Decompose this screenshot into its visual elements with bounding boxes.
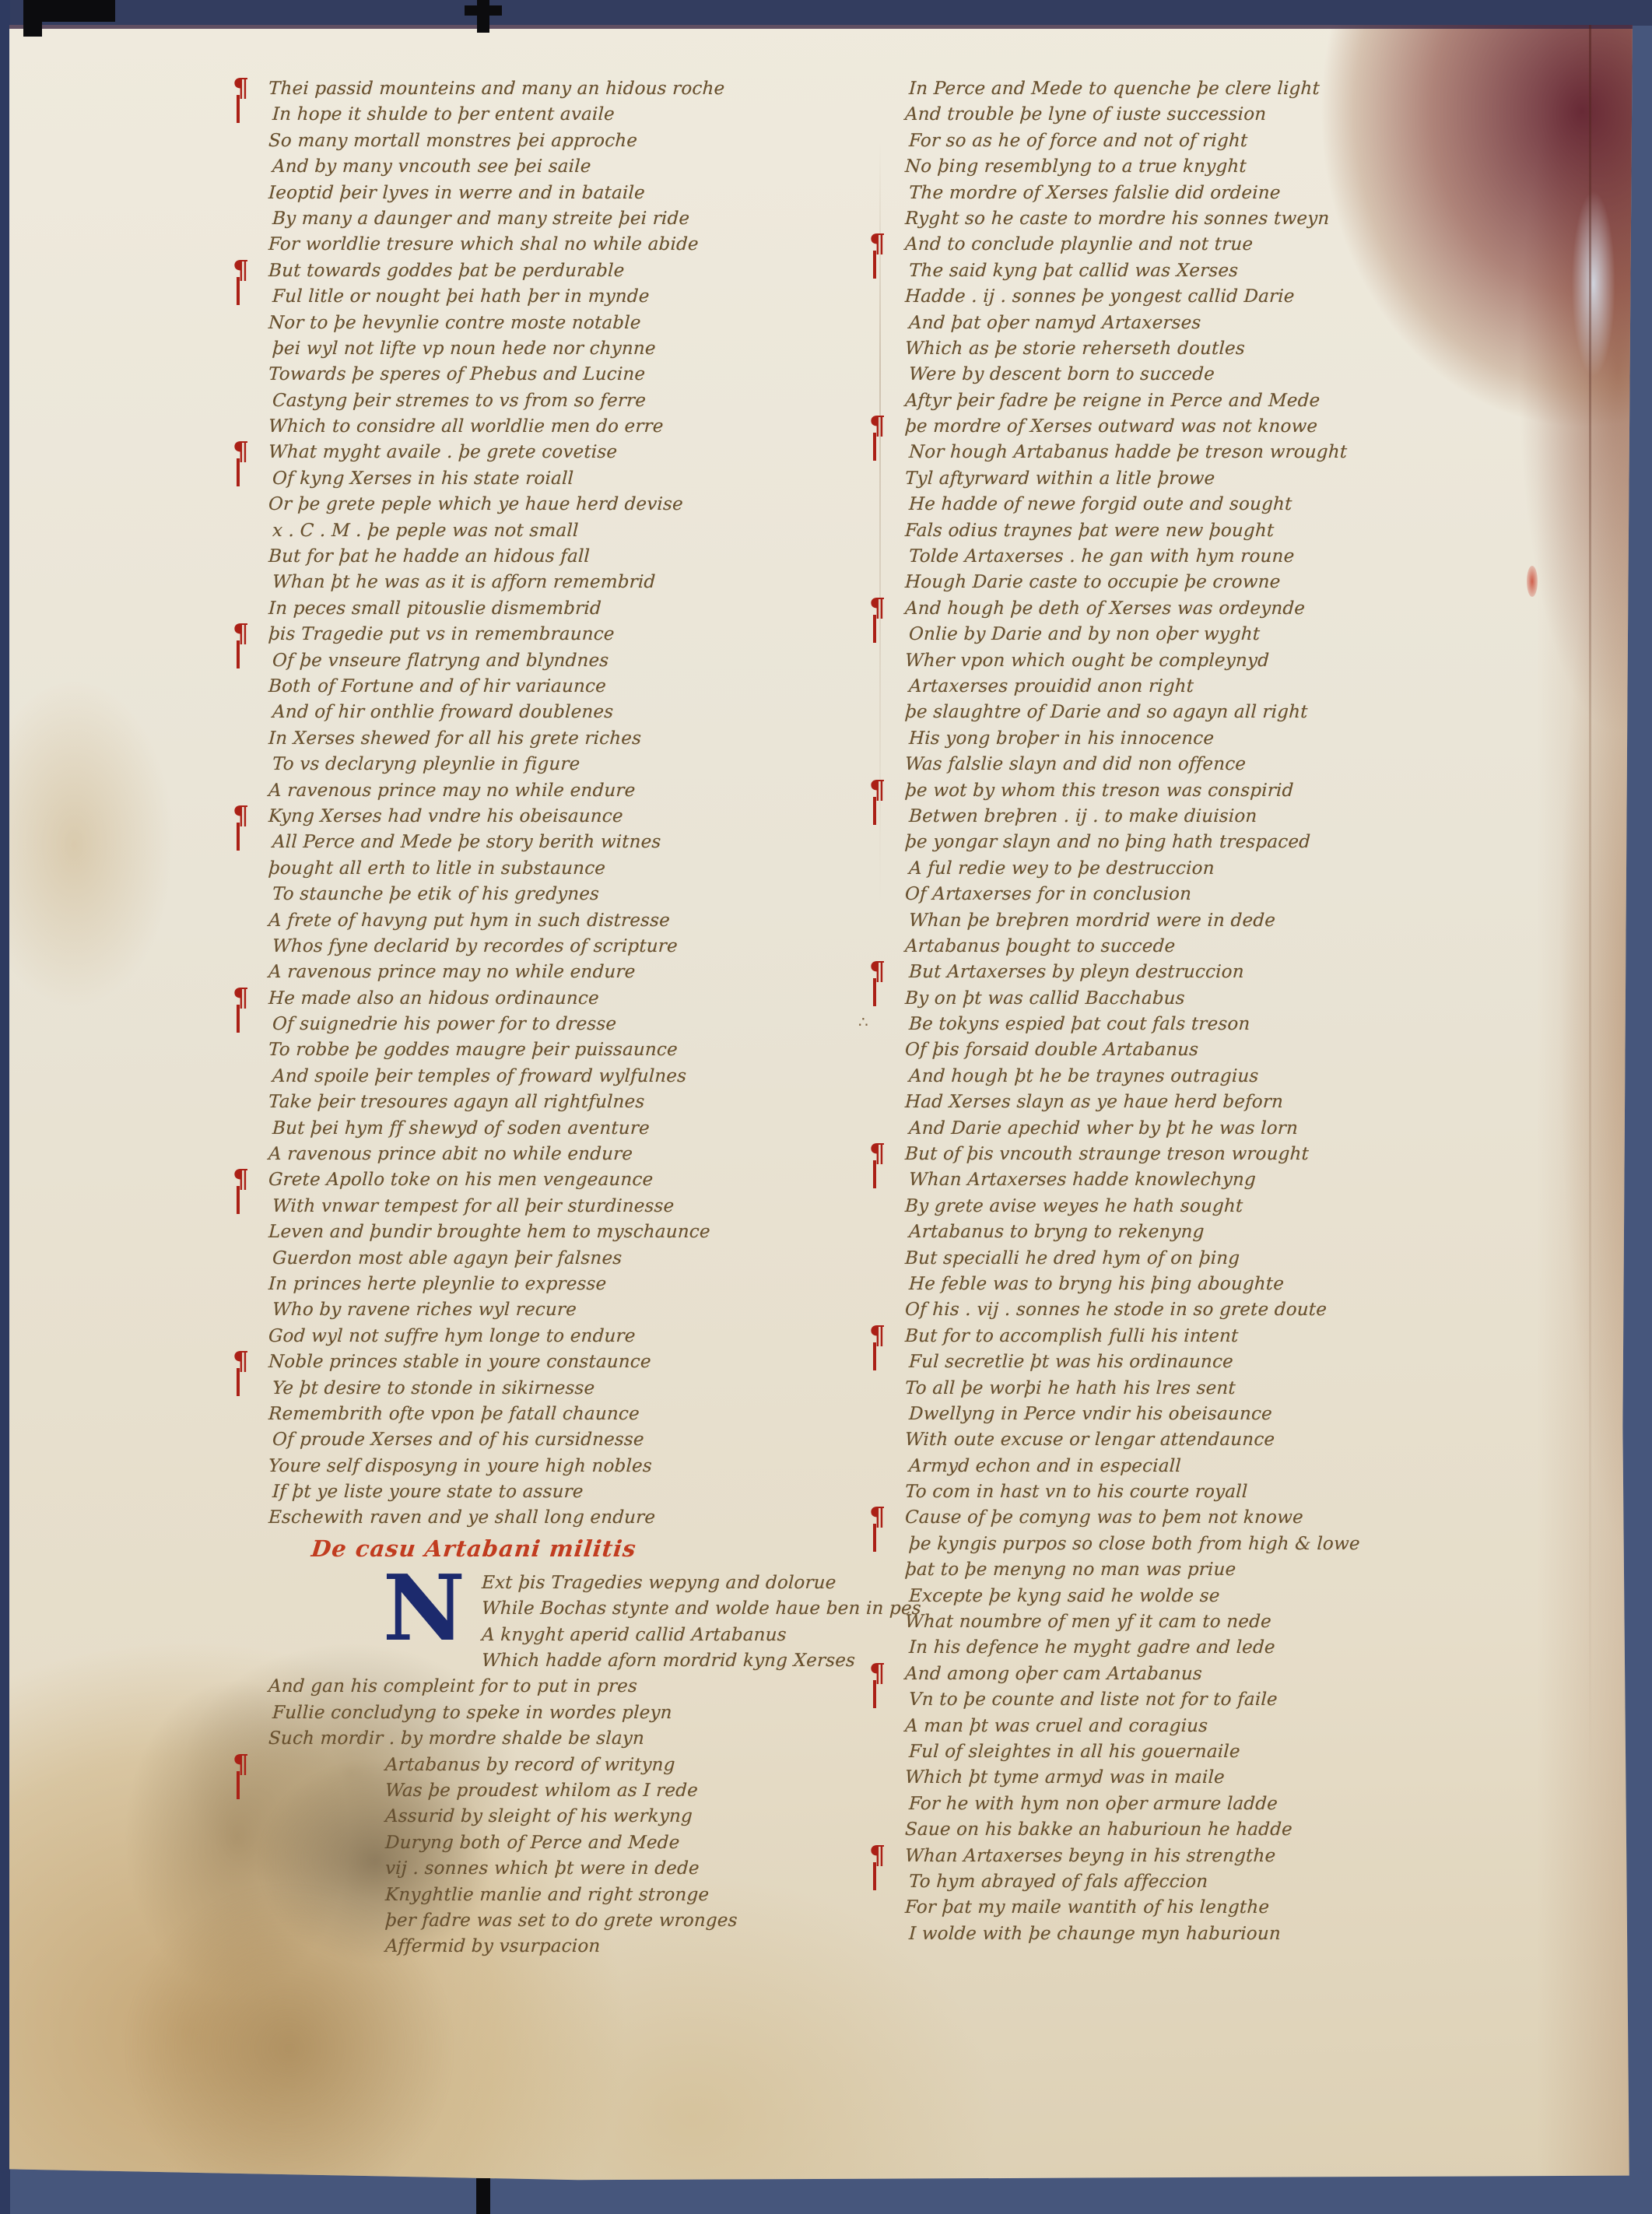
verse-line: God wyl not suffre hym longe to endure	[268, 1324, 891, 1349]
verse-line: But towards goddes þat be perdurable	[268, 258, 891, 284]
verse-line: Artabanus to bryng to rekenyng	[904, 1219, 1613, 1245]
verse-line: þought all erth to litle in substaunce	[268, 856, 891, 882]
verse-line: A ful redie wey to þe destruccion	[904, 856, 1613, 882]
verse-line: Of þis forsaid double Artabanus	[904, 1037, 1613, 1063]
verse-stanza: ¶Cause of þe comyng was to þem not knowe…	[905, 1505, 1613, 1661]
verse-stanza: ¶But of þis vncouth straunge treson wrou…	[905, 1142, 1613, 1324]
verse-line: Of þe vnseure flatryng and blyndnes	[268, 648, 891, 674]
verse-line: Guerdon most able agayn þeir falsnes	[268, 1246, 891, 1272]
backdrop-left-band	[0, 0, 10, 2214]
verse-line: For he with hym non oþer armure ladde	[904, 1791, 1613, 1817]
verse-line: A ravenous prince may no while endure	[268, 778, 891, 804]
pilcrow-mark-icon: ¶	[869, 1660, 886, 1686]
verse-line: For þat my maile wantith of his lengthe	[904, 1895, 1613, 1921]
verse-line: To robbe þe goddes maugre þeir puissaunc…	[268, 1037, 891, 1063]
verse-line: Were by descent born to succede	[904, 362, 1613, 388]
pilcrow-mark-icon: ¶	[233, 1751, 249, 1777]
pilcrow-mark-icon: ¶	[233, 984, 249, 1010]
verse-line: Ryght so he caste to mordre his sonnes t…	[904, 206, 1613, 232]
verse-line: And gan his compleint for to put in pres	[268, 1674, 891, 1700]
pilcrow-mark-icon: ¶	[869, 1322, 886, 1348]
verse-stanza: ¶Grete Apollo toke on his men vengeaunce…	[268, 1167, 891, 1349]
pilcrow-mark-icon: ¶	[869, 958, 886, 984]
pilcrow-mark-icon: ¶	[233, 1166, 249, 1191]
verse-stanza: ¶Kyng Xerses had vndre his obeisaunceAll…	[268, 804, 891, 986]
verse-line: Such mordir . by mordre shalde be slayn	[268, 1726, 891, 1752]
pilcrow-mark-icon: ¶	[869, 1503, 886, 1529]
verse-line: All Perce and Mede þe story berith witne…	[268, 830, 891, 855]
verse-line: Saue on his bakke an haburioun he hadde	[904, 1817, 1613, 1843]
verse-line: But for to accomplish fulli his intent	[904, 1324, 1613, 1349]
verse-line: Ext þis Tragedies wepyng and dolorue	[268, 1570, 891, 1596]
verse-line: In Xerses shewed for all his grete riche…	[268, 726, 891, 752]
verse-line: Be tokyns espied þat cout fals treson	[904, 1012, 1613, 1037]
verse-line: Cause of þe comyng was to þem not knowe	[904, 1505, 1613, 1531]
verse-line: Leven and þundir broughte hem to myschau…	[268, 1219, 891, 1245]
verse-line: Whos fyne declarid by recordes of script…	[268, 934, 891, 960]
verse-line: þe mordre of Xerses outward was not know…	[904, 414, 1613, 440]
verse-line: The mordre of Xerses falslie did ordeine	[904, 181, 1613, 206]
verse-line: Ful of sleightes in all his gouernaile	[904, 1739, 1613, 1765]
verse-line: Towards þe speres of Phebus and Lucine	[268, 362, 891, 388]
verse-line: Fals odius traynes þat were new þought	[904, 518, 1613, 544]
pilcrow-mark-icon: ¶	[869, 777, 886, 802]
verse-line: And hough þe deth of Xerses was ordeynde	[904, 596, 1613, 622]
pilcrow-mark-icon: ¶	[233, 438, 249, 464]
verse-stanza: ¶Whan Artaxerses beyng in his strengtheT…	[905, 1844, 1613, 1948]
verse-stanza: ¶And to conclude playnlie and not trueTh…	[905, 232, 1613, 414]
verse-line: þe kyngis purpos so close both from high…	[904, 1532, 1613, 1557]
verse-line: No þing resemblyng to a true knyght	[904, 154, 1613, 180]
verse-line: Ieoptid þeir lyves in werre and in batai…	[268, 181, 891, 206]
verse-line: If þt ye liste youre state to assure	[268, 1479, 891, 1505]
verse-stanza: ¶And hough þe deth of Xerses was ordeynd…	[905, 596, 1613, 778]
verse-line: By grete avise weyes he hath sought	[904, 1194, 1613, 1219]
red-pigment-spot	[1527, 566, 1538, 597]
verse-line: Thei passid mounteins and many an hidous…	[268, 76, 891, 102]
verse-line: With oute excuse or lengar attendaunce	[904, 1427, 1613, 1453]
verse-line: Castyng þeir stremes to vs from so ferre	[268, 388, 891, 414]
verse-line: And of hir onthlie froward doublenes	[268, 700, 891, 725]
verse-line: And to conclude playnlie and not true	[904, 232, 1613, 258]
verse-line: Fullie concludyng to speke in wordes ple…	[268, 1700, 891, 1726]
verse-line: But Artaxerses by pleyn destruccion	[904, 960, 1613, 985]
verse-line: So many mortall monstres þei approche	[268, 128, 891, 154]
verse-line: Whan þt he was as it is afforn remembrid	[268, 570, 891, 595]
verse-line: Nor to þe hevynlie contre moste notable	[268, 311, 891, 336]
verse-line: By on þt was callid Bacchabus	[904, 986, 1613, 1012]
verse-line: Who by ravene riches wyl recure	[268, 1297, 891, 1323]
pilcrow-mark-icon: ¶	[233, 620, 249, 646]
pilcrow-mark-icon: ¶	[869, 1842, 886, 1868]
verse-line: By many a daunger and many streite þei r…	[268, 206, 891, 232]
verse-line: Onlie by Darie and by non oþer wyght	[904, 622, 1613, 647]
verse-line: Excepte þe kyng said he wolde se	[904, 1584, 1613, 1609]
verse-line: Vn to þe counte and liste not for to fai…	[904, 1687, 1613, 1713]
verse-line: Artabanus þought to succede	[904, 934, 1613, 960]
verse-line: To vs declaryng pleynlie in figure	[268, 752, 891, 777]
top-left-fiducial-icon	[23, 0, 42, 37]
verse-line: His yong broþer in his innocence	[904, 726, 1613, 752]
verse-line: Had Xerses slayn as ye haue herd beforn	[904, 1089, 1613, 1115]
rubric-heading: De casu Artabani militis	[266, 1532, 893, 1570]
verse-line: Kyng Xerses had vndre his obeisaunce	[268, 804, 891, 830]
verse-line: In princes herte pleynlie to expresse	[268, 1272, 891, 1297]
verse-line: þat to þe menyng no man was priue	[904, 1557, 1613, 1583]
verse-line: Betwen breþren . ij . to make diuision	[904, 804, 1613, 830]
verse-line: Was þe proudest whilom as I rede	[268, 1778, 891, 1804]
verse-stanza: In Perce and Mede to quenche þe clere li…	[905, 76, 1613, 232]
verse-line: With vnwar tempest for all þeir sturdine…	[268, 1194, 891, 1219]
verse-line: For worldlie tresure which shal no while…	[268, 232, 891, 258]
verse-line: Which as þe storie reherseth doutles	[904, 336, 1613, 362]
verse-line: But þei hym ff shewyd of soden aventure	[268, 1116, 891, 1142]
verse-line: And Darie apechid wher by þt he was lorn	[904, 1116, 1613, 1142]
verse-line: And trouble þe lyne of iuste succession	[904, 102, 1613, 128]
margin-dots-icon: ∴	[858, 1009, 868, 1035]
verse-line: And þat oþer namyd Artaxerses	[904, 311, 1613, 336]
registration-cross-icon	[465, 5, 502, 16]
verse-stanza: ¶∴But Artaxerses by pleyn destruccionBy …	[905, 960, 1613, 1142]
verse-line: He made also an hidous ordinaunce	[268, 986, 891, 1012]
verse-stanza: ¶þis Tragedie put vs in remembraunceOf þ…	[268, 622, 891, 804]
pilcrow-mark-icon: ¶	[869, 1140, 886, 1166]
verse-line: vij . sonnes which þt were in dede	[268, 1856, 891, 1882]
verse-line: Which to considre all worldlie men do er…	[268, 414, 891, 440]
verse-line: þe slaughtre of Darie and so agayn all r…	[904, 700, 1613, 725]
verse-line: And hough þt he be traynes outragius	[904, 1064, 1613, 1089]
pilcrow-mark-icon: ¶	[233, 802, 249, 828]
verse-line: Of suignedrie his power for to dresse	[268, 1012, 891, 1037]
verse-line: But of þis vncouth straunge treson wroug…	[904, 1142, 1613, 1167]
verse-line: Which hadde aforn mordrid kyng Xerses	[268, 1648, 891, 1674]
verse-line: Dwellyng in Perce vndir his obeisaunce	[904, 1402, 1613, 1427]
verse-line: But for þat he hadde an hidous fall	[268, 544, 891, 570]
verse-line: Youre self disposyng in youre high noble…	[268, 1454, 891, 1479]
verse-line: A knyght aperid callid Artabanus	[268, 1623, 891, 1648]
verse-line: Or þe grete peple which ye haue herd dev…	[268, 492, 891, 518]
verse-line: x . C . M . þe peple was not small	[268, 518, 891, 544]
verse-line: Ful litle or nought þei hath þer in mynd…	[268, 284, 891, 310]
verse-line: Duryng both of Perce and Mede	[268, 1830, 891, 1856]
verse-line: For so as he of force and not of right	[904, 128, 1613, 154]
verse-stanza: ¶Noble princes stable in youre constaunc…	[268, 1349, 891, 1532]
verse-line: What noumbre of men yf it cam to nede	[904, 1609, 1613, 1635]
verse-line: But specialli he dred hym of on þing	[904, 1246, 1613, 1272]
verse-line: What myght availe . þe grete covetise	[268, 440, 891, 465]
verse-stanza: NExt þis Tragedies wepyng and dolorueWhi…	[268, 1570, 891, 1753]
verse-line: Tolde Artaxerses . he gan with hym roune	[904, 544, 1613, 570]
verse-line: And among oþer cam Artabanus	[904, 1661, 1613, 1687]
pilcrow-mark-icon: ¶	[233, 1348, 249, 1374]
verse-line: He hadde of newe forgid oute and sought	[904, 492, 1613, 518]
verse-line: Was falslie slayn and did non offence	[904, 752, 1613, 777]
verse-line: And spoile þeir temples of froward wylfu…	[268, 1064, 891, 1089]
verse-line: þe wot by whom this treson was conspirid	[904, 778, 1613, 804]
verse-stanza: ¶He made also an hidous ordinaunceOf sui…	[268, 986, 891, 1168]
verse-line: Of proude Xerses and of his cursidnesse	[268, 1427, 891, 1453]
verse-line: In peces small pitouslie dismembrid	[268, 596, 891, 622]
verse-line: Both of Fortune and of hir variaunce	[268, 674, 891, 700]
verse-line: Tyl aftyrward within a litle þrowe	[904, 466, 1613, 492]
verse-line: To hym abrayed of fals affeccion	[904, 1869, 1613, 1895]
verse-line: Whan þe breþren mordrid were in dede	[904, 908, 1613, 934]
verse-line: I wolde with þe chaunge myn haburioun	[904, 1921, 1613, 1947]
verse-line: Whan Artaxerses beyng in his strengthe	[904, 1844, 1613, 1869]
verse-line: Hadde . ij . sonnes þe yongest callid Da…	[904, 284, 1613, 310]
verse-stanza: ¶And among oþer cam ArtabanusVn to þe co…	[905, 1661, 1613, 1844]
verse-line: Of kyng Xerses in his state roiall	[268, 466, 891, 492]
right-text-column: In Perce and Mede to quenche þe clere li…	[905, 76, 1613, 1947]
verse-line: þe yongar slayn and no þing hath trespac…	[904, 830, 1613, 855]
pilcrow-mark-icon: ¶	[869, 230, 886, 256]
verse-line: Artaxerses prouidid anon right	[904, 674, 1613, 700]
verse-line: And by many vncouth see þei saile	[268, 154, 891, 180]
verse-line: Whan Artaxerses hadde knowlechyng	[904, 1167, 1613, 1193]
verse-line: In hope it shulde to þer entent availe	[268, 102, 891, 128]
verse-line: Knyghtlie manlie and right stronge	[268, 1882, 891, 1908]
verse-line: Noble princes stable in youre constaunce	[268, 1349, 891, 1375]
verse-line: A ravenous prince abit no while endure	[268, 1142, 891, 1167]
verse-stanza: ¶But for to accomplish fulli his intentF…	[905, 1324, 1613, 1506]
verse-line: Of Artaxerses for in conclusion	[904, 882, 1613, 907]
verse-line: A frete of havyng put hym in such distre…	[268, 908, 891, 934]
pilcrow-mark-icon: ¶	[869, 412, 886, 438]
verse-line: þer fadre was set to do grete wronges	[268, 1908, 891, 1934]
verse-line: Ye þt desire to stonde in sikirnesse	[268, 1376, 891, 1402]
verse-line: Nor hough Artabanus hadde þe treson wrou…	[904, 440, 1613, 465]
verse-line: The said kyng þat callid was Xerses	[904, 258, 1613, 284]
verse-line: He feble was to bryng his þing aboughte	[904, 1272, 1613, 1297]
verse-line: Remembrith ofte vpon þe fatall chaunce	[268, 1402, 891, 1427]
left-text-column: ¶Thei passid mounteins and many an hidou…	[268, 76, 891, 1960]
verse-stanza: ¶þe mordre of Xerses outward was not kno…	[905, 414, 1613, 596]
verse-line: Of his . vij . sonnes he stode in so gre…	[904, 1297, 1613, 1323]
pilcrow-mark-icon: ¶	[869, 595, 886, 620]
pilcrow-mark-icon: ¶	[233, 75, 249, 100]
verse-line: Which þt tyme armyd was in maile	[904, 1765, 1613, 1791]
verse-line: Eschewith raven and ye shall long endure	[268, 1505, 891, 1531]
verse-stanza: ¶þe wot by whom this treson was conspiri…	[905, 778, 1613, 960]
backdrop-top-band	[0, 0, 1652, 26]
verse-line: Wher vpon which ought be compleynyd	[904, 648, 1613, 674]
verse-line: þis Tragedie put vs in remembraunce	[268, 622, 891, 647]
verse-line: To staunche þe etik of his gredynes	[268, 882, 891, 907]
verse-line: þei wyl not lifte vp noun hede nor chynn…	[268, 336, 891, 362]
verse-line: Take þeir tresoures agayn all rightfulne…	[268, 1089, 891, 1115]
verse-stanza: ¶Thei passid mounteins and many an hidou…	[268, 76, 891, 258]
verse-stanza: ¶What myght availe . þe grete covetiseOf…	[268, 440, 891, 622]
verse-line: In Perce and Mede to quenche þe clere li…	[904, 76, 1613, 102]
verse-line: Affermid by vsurpacion	[268, 1934, 891, 1960]
verse-line: Artabanus by record of writyng	[268, 1753, 891, 1778]
verse-stanza: ¶Artabanus by record of writyngWas þe pr…	[268, 1753, 891, 1960]
verse-line: Assurid by sleight of his werkyng	[268, 1804, 891, 1830]
registration-tick-icon	[476, 2178, 490, 2214]
verse-stanza: ¶But towards goddes þat be perdurableFul…	[268, 258, 891, 440]
parchment-page: ¶Thei passid mounteins and many an hidou…	[9, 25, 1634, 2182]
verse-line: While Bochas stynte and wolde haue ben i…	[268, 1596, 891, 1622]
verse-line: Armyd echon and in especiall	[904, 1454, 1613, 1479]
verse-line: Hough Darie caste to occupie þe crowne	[904, 570, 1613, 595]
verse-line: A ravenous prince may no while endure	[268, 960, 891, 985]
pilcrow-mark-icon: ¶	[233, 257, 249, 282]
verse-line: Ful secretlie þt was his ordinaunce	[904, 1349, 1613, 1375]
verse-line: To com in hast vn to his courte royall	[904, 1479, 1613, 1505]
verse-line: A man þt was cruel and coragius	[904, 1714, 1613, 1739]
verse-line: In his defence he myght gadre and lede	[904, 1635, 1613, 1661]
verse-line: Aftyr þeir fadre þe reigne in Perce and …	[904, 388, 1613, 414]
verse-line: To all þe worþi he hath his lres sent	[904, 1376, 1613, 1402]
verse-line: Grete Apollo toke on his men vengeaunce	[268, 1167, 891, 1193]
